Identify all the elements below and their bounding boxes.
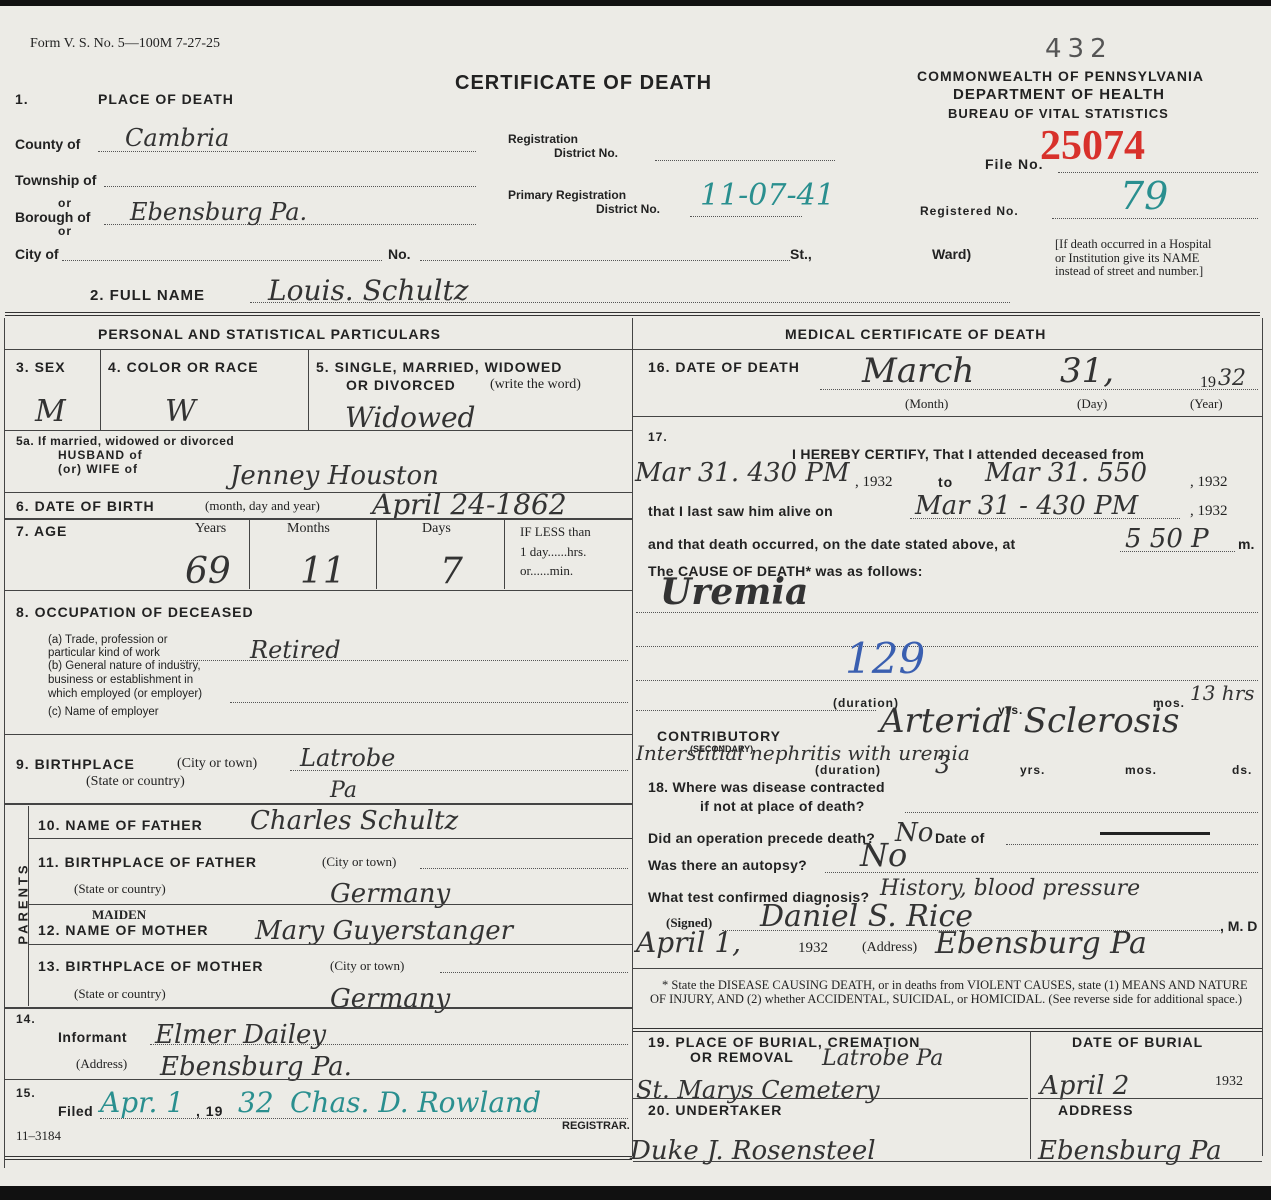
spouse-label-1: 5a. If married, widowed or divorced (16, 434, 234, 448)
father-name-label: 10. NAME OF FATHER (38, 817, 203, 833)
secondary-ds-label: ds. (1232, 763, 1252, 777)
or-label-1: or (58, 196, 72, 210)
contributory-value: Arterial Sclerosis (880, 701, 1180, 741)
occupation-a-value: Retired (250, 636, 341, 664)
operation-label: Did an operation precede death? (648, 830, 875, 846)
burial-place-label-2: OR REMOVAL (690, 1049, 794, 1065)
age-label: 7. AGE (16, 523, 67, 539)
occupation-a-label-1: (a) Trade, profession or (48, 634, 168, 646)
race-label: 4. COLOR OR RACE (108, 359, 259, 375)
spouse-label-3: (or) WIFE of (58, 462, 138, 476)
cause-of-death-value: Uremia (660, 571, 808, 613)
date-of-death-month: March (862, 351, 974, 391)
age-days-label: Days (422, 521, 451, 537)
registration-district-label-1: Registration (508, 132, 578, 146)
occupation-c-label: (c) Name of employer (48, 706, 159, 718)
or-label-2: or (58, 224, 72, 238)
personal-heading: PERSONAL AND STATISTICAL PARTICULARS (98, 326, 441, 342)
borough-value: Ebensburg Pa. (130, 198, 307, 226)
dob-value: April 24-1862 (372, 488, 567, 521)
operation-date-label: Date of (935, 830, 985, 846)
less-than-label-3: or......min. (520, 563, 573, 579)
medical-heading: MEDICAL CERTIFICATE OF DEATH (785, 326, 1046, 342)
primary-duration-value: 13 hrs (1190, 681, 1255, 705)
file-no-label: File No. (985, 156, 1044, 172)
attended-from-year: , 1932 (855, 474, 893, 491)
borough-label: Borough of (15, 209, 90, 225)
full-name-value: Louis. Schultz (268, 274, 469, 307)
father-birthplace-city-hint: (City or town) (322, 854, 396, 870)
date-of-death-year: 32 (1218, 366, 1246, 391)
hospital-note: [If death occurred in a Hospital or Inst… (1055, 238, 1223, 279)
primary-registration-label-1: Primary Registration (508, 188, 626, 202)
full-name-label: 2. FULL NAME (90, 287, 205, 304)
file-number-stamp: 25074 (1040, 122, 1145, 170)
father-birthplace-label: 11. BIRTHPLACE OF FATHER (38, 854, 257, 870)
occupation-b-label-3: which employed (or employer) (48, 688, 202, 700)
burial-place-value-2: St. Marys Cemetery (636, 1076, 880, 1104)
birthplace-city-value: Latrobe (300, 744, 395, 772)
street-label: St., (790, 246, 812, 262)
year-hint: (Year) (1190, 396, 1223, 412)
page-title: CERTIFICATE OF DEATH (455, 72, 712, 95)
father-name-value: Charles Schultz (250, 806, 458, 836)
marital-label-3: (write the word) (490, 377, 581, 393)
signed-address-label: (Address) (862, 940, 917, 956)
registration-district-label-2: District No. (554, 146, 618, 160)
attended-to-year: , 1932 (1190, 474, 1228, 491)
informant-section-number: 14. (16, 1012, 36, 1026)
occupation-a-label-2: particular kind of work (48, 647, 160, 659)
age-years-value: 69 (185, 551, 231, 592)
marital-label-1: 5. SINGLE, MARRIED, WIDOWED (316, 359, 562, 375)
occupation-b-label-2: business or establishment in (48, 674, 193, 686)
mother-name-value: Mary Guyerstanger (255, 916, 513, 946)
dob-hint: (month, day and year) (205, 498, 320, 514)
registered-no-value: 79 (1120, 174, 1168, 218)
burial-date-year: 1932 (1215, 1074, 1243, 1090)
filed-year-prefix: , 19 (196, 1103, 223, 1119)
contributory-value-2: Interstitial nephritis with uremia (636, 741, 970, 765)
sex-label: 3. SEX (16, 359, 66, 375)
disease-contracted-label-1: 18. Where was disease contracted (648, 779, 885, 795)
mother-name-label: 12. NAME OF MOTHER (38, 922, 208, 938)
certify-section-number: 17. (648, 430, 668, 444)
disease-contracted-label-2: if not at place of death? (700, 798, 865, 814)
month-hint: (Month) (905, 396, 948, 412)
date-of-death-day: 31, (1060, 351, 1114, 391)
signed-year: 1932 (798, 940, 828, 957)
test-value: History, blood pressure (880, 876, 1140, 901)
autopsy-value: No (860, 836, 907, 874)
attended-to-label: to (938, 474, 953, 490)
attended-to-value: Mar 31. 550 (985, 458, 1147, 488)
street-no-label: No. (388, 246, 411, 262)
primary-registration-value: 11-07-41 (700, 178, 835, 213)
age-months-label: Months (287, 521, 330, 537)
operation-date-dash (1100, 832, 1210, 835)
primary-registration-label-2: District No. (596, 202, 660, 216)
mother-birthplace-label: 13. BIRTHPLACE OF MOTHER (38, 958, 263, 974)
agency-line-1: COMMONWEALTH OF PENNSYLVANIA (917, 68, 1204, 84)
spouse-label-2: HUSBAND of (58, 448, 143, 462)
ward-label: Ward) (932, 246, 971, 262)
page-number: 432 (1045, 34, 1113, 64)
birthplace-state-hint: (State or country) (86, 774, 185, 790)
filed-section-number: 15. (16, 1086, 36, 1100)
secondary-duration-label: (duration) (815, 763, 881, 777)
age-years-label: Years (195, 521, 226, 537)
informant-address-value: Ebensburg Pa. (160, 1052, 352, 1082)
occupation-label: 8. OCCUPATION OF DECEASED (16, 604, 254, 620)
last-saw-year: , 1932 (1190, 503, 1228, 520)
death-time-value: 5 50 P (1125, 524, 1209, 554)
birthplace-state-value: Pa (330, 778, 357, 803)
informant-value: Elmer Dailey (155, 1020, 326, 1050)
day-hint: (Day) (1077, 396, 1107, 412)
maiden-label: MAIDEN (92, 907, 146, 923)
last-saw-label: that I last saw him alive on (648, 503, 833, 519)
spouse-value: Jenney Houston (230, 461, 439, 491)
cause-footnote: * State the DISEASE CAUSING DEATH, or in… (650, 978, 1260, 1006)
age-days-value: 7 (440, 551, 463, 592)
place-of-death-heading: PLACE OF DEATH (98, 91, 234, 107)
age-months-value: 11 (300, 551, 346, 592)
filed-year-value: 32 (238, 1086, 274, 1119)
date-of-death-year-prefix: 19 (1200, 374, 1216, 392)
birthplace-label: 9. BIRTHPLACE (16, 756, 135, 772)
signed-date-value: April 1, (636, 926, 741, 959)
city-label: City of (15, 246, 59, 262)
secondary-mos-label: mos. (1125, 763, 1157, 777)
attended-from-value: Mar 31. 430 PM (635, 458, 849, 488)
county-label: County of (15, 136, 80, 152)
registrar-label: REGISTRAR. (562, 1120, 630, 1132)
county-value: Cambria (125, 124, 229, 152)
autopsy-label: Was there an autopsy? (648, 857, 807, 873)
mother-birthplace-state-hint: (State or country) (74, 986, 166, 1002)
marital-label-2: OR DIVORCED (346, 377, 456, 393)
form-id: Form V. S. No. 5—100M 7-27-25 (30, 36, 220, 52)
informant-label: Informant (58, 1029, 127, 1045)
cause-code-value: 129 (845, 634, 925, 683)
death-time-label: and that death occurred, on the date sta… (648, 536, 1016, 552)
less-than-label-2: 1 day......hrs. (520, 544, 586, 560)
last-saw-value: Mar 31 - 430 PM (915, 491, 1138, 521)
filed-date-value: Apr. 1 (100, 1086, 184, 1119)
secondary-duration-value: 3 (935, 751, 950, 779)
agency-line-2: DEPARTMENT OF HEALTH (953, 86, 1165, 103)
race-value: W (165, 394, 196, 429)
burial-place-value-1: Latrobe Pa (822, 1046, 943, 1071)
section-1-number: 1. (15, 91, 29, 107)
father-birthplace-state-hint: (State or country) (74, 881, 166, 897)
agency-line-3: BUREAU OF VITAL STATISTICS (948, 106, 1169, 121)
form-code: 11–3184 (16, 1128, 61, 1144)
township-label: Township of (15, 172, 96, 188)
less-than-label-1: IF LESS than (520, 524, 591, 540)
undertaker-address-label: ADDRESS (1058, 1102, 1133, 1118)
signed-address-value: Ebensburg Pa (935, 926, 1147, 961)
registered-no-label: Registered No. (920, 204, 1019, 218)
occupation-b-label-1: (b) General nature of industry, (48, 660, 201, 672)
burial-date-value: April 2 (1040, 1071, 1129, 1101)
undertaker-label: 20. UNDERTAKER (648, 1102, 782, 1118)
informant-address-label: (Address) (76, 1056, 127, 1072)
md-label: , M. D (1220, 918, 1257, 934)
date-of-death-label: 16. DATE OF DEATH (648, 359, 800, 375)
mother-birthplace-value: Germany (330, 984, 450, 1014)
secondary-yrs-label: yrs. (1020, 763, 1045, 777)
dob-label: 6. DATE OF BIRTH (16, 498, 155, 514)
sex-value: M (35, 394, 66, 429)
registrar-signature: Chas. D. Rowland (290, 1086, 541, 1119)
mother-birthplace-city-hint: (City or town) (330, 958, 404, 974)
burial-date-label: DATE OF BURIAL (1072, 1034, 1203, 1050)
birthplace-city-hint: (City or town) (177, 756, 257, 772)
filed-label: Filed (58, 1103, 93, 1119)
death-time-suffix: m. (1238, 536, 1254, 552)
death-certificate: Form V. S. No. 5—100M 7-27-25 CERTIFICAT… (0, 6, 1271, 1186)
